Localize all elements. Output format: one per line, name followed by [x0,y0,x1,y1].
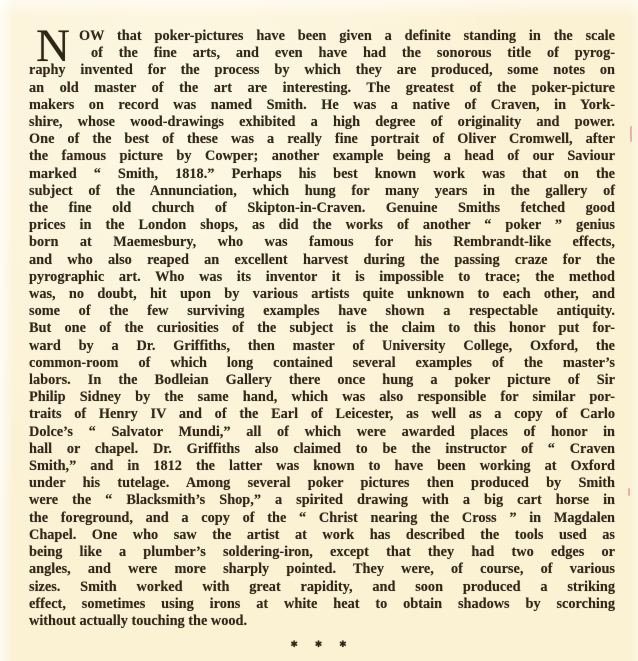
text-line: traits of Henry IV and of the Earl of Le… [29,406,615,423]
text-line: But one of the curiosities of the subjec… [29,320,615,337]
text-line: prices in the London shops, as did the w… [29,217,615,234]
text-line: common-room of which long contained seve… [29,355,615,372]
text-line: the famous picture by Cowper; another ex… [29,148,615,165]
text-line: subject of the Annunciation, which hung … [29,183,615,200]
text-line: was, no doubt, hit upon by various artis… [29,286,615,303]
text-line: some of the few surviving examples have … [29,303,615,320]
text-line: makers on record was named Smith. He was… [29,97,615,114]
text-line: hall or chapel. Dr. Griffiths also claim… [29,441,615,458]
text-line: Dolce’s “ Salvator Mundi,” all of which … [29,424,615,441]
asterisk-ornament: ✱ ✱ ✱ [29,640,615,650]
text-line: and who also reaped an excellent harvest… [29,252,615,269]
text-line: being like a plumber’s soldering-iron, e… [29,544,615,561]
text-line: without actually touching the wood. [29,613,615,630]
text-line: raphy invented for the process by which … [29,62,615,79]
text-line: One of the best of these was a really fi… [29,131,615,148]
text-line: pyrographic art. Who was its inventor it… [29,269,615,286]
text-line: ward by a Dr. Griffiths, then master of … [29,338,615,355]
article-text: OW that poker-pictures have been given a… [29,28,615,630]
text-line: of the fine arts, and even have had the … [29,45,615,62]
text-line: angles, and were more sharply pointed. T… [29,561,615,578]
text-line: born at Maemesbury, who was famous for h… [29,234,615,251]
text-line: sizes. Smith worked with great rapidity,… [29,579,615,596]
scanned-page: N OW that poker-pictures have been given… [0,0,638,661]
scan-artifact [628,488,630,496]
text-line: the fine old church of Skipton-in-Craven… [29,200,615,217]
text-line: shire, whose wood-drawings exhibited a h… [29,114,615,131]
text-line: the foreground, and a copy of the “ Chri… [29,510,615,527]
text-line: labors. In the Bodleian Gallery there on… [29,372,615,389]
text-line: marked “ Smith, 1818.” Perhaps his best … [29,166,615,183]
text-line: OW that poker-pictures have been given a… [29,28,615,45]
text-line: under his tutelage. Among several poker … [29,475,615,492]
text-line: effect, sometimes using irons at white h… [29,596,615,613]
scan-artifact [630,126,632,142]
text-line: an old master of the art are interesting… [29,80,615,97]
text-line: Smith,” and in 1812 the latter was known… [29,458,615,475]
text-line: Philip Sidney by the same hand, which wa… [29,389,615,406]
text-line: were the “ Blacksmith’s Shop,” a spirite… [29,492,615,509]
text-line: Chapel. One who saw the artist at work h… [29,527,615,544]
